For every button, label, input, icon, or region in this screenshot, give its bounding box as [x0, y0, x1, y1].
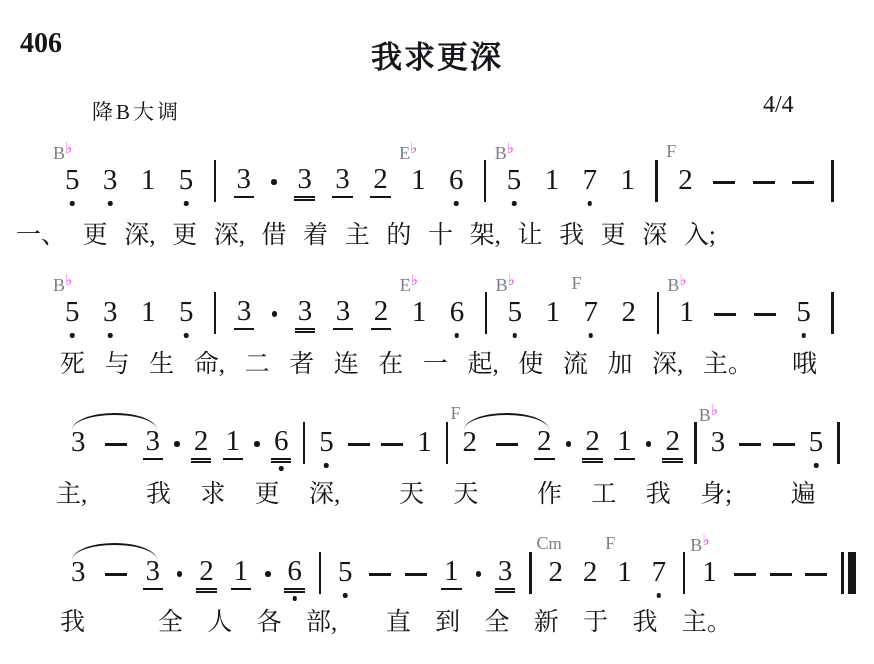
- note-digit: 7: [580, 166, 601, 197]
- lyric-syllable: 天: [453, 480, 478, 510]
- note-digit: 1: [414, 428, 435, 459]
- barline: [831, 292, 833, 334]
- note-digit: 2: [619, 298, 640, 329]
- note: 5: [176, 158, 197, 204]
- note: 3: [332, 158, 353, 204]
- note-digit: 5: [505, 298, 526, 329]
- tie-group: 33: [68, 550, 163, 596]
- low-octave-dot: [513, 333, 518, 338]
- note: 5: [793, 290, 814, 336]
- note: 2: [662, 420, 683, 466]
- chord-root: C: [537, 533, 549, 553]
- note-digit: 5: [176, 166, 197, 197]
- lyric-syllable: 让: [517, 221, 542, 251]
- note-digit: 2: [534, 427, 555, 460]
- chord-root: F: [666, 141, 676, 161]
- note-digit: 5: [806, 428, 827, 459]
- note: 3: [68, 550, 89, 596]
- note-digit: 5: [793, 298, 814, 329]
- note: 1: [223, 420, 244, 466]
- note-digit: 7: [649, 558, 670, 589]
- lyric-syllable: 一、: [16, 221, 66, 251]
- music-line-1: B♭53153332E♭16B♭5171F2: [62, 158, 834, 204]
- lyric-syllable: 我: [559, 221, 584, 251]
- lyric-syllable: 在: [378, 350, 403, 380]
- augmentation-dot: [272, 311, 278, 317]
- augmentation-dot: [177, 571, 183, 577]
- note: 3: [143, 420, 164, 466]
- lyric-line-4: 我全人各部,直到全新于我主。: [60, 608, 732, 638]
- music-line-3: 3321651F22212B♭35: [68, 420, 840, 466]
- barline: [446, 422, 448, 464]
- dash-extension: [734, 573, 756, 576]
- note: 1: [618, 158, 639, 204]
- note-digit: 1: [618, 166, 639, 197]
- lyric-syllable: 主。: [703, 350, 753, 380]
- dash-extension: [714, 313, 736, 316]
- barline: [303, 422, 305, 464]
- note-digit: 1: [543, 298, 564, 329]
- note-digit: 3: [295, 297, 316, 330]
- note: 2: [191, 420, 212, 466]
- augmentation-dot: [254, 441, 260, 447]
- chord-root: E: [400, 275, 411, 295]
- low-octave-dot: [108, 201, 113, 206]
- lyric-syllable: 十: [428, 221, 453, 251]
- note: 3: [100, 158, 121, 204]
- note: 2: [370, 158, 391, 204]
- lyric-syllable: 深,: [214, 221, 245, 251]
- note: F2: [460, 420, 481, 466]
- note-digit: 3: [143, 557, 164, 590]
- low-octave-dot: [343, 593, 348, 598]
- note: 1: [231, 550, 252, 596]
- note-digit: 5: [316, 428, 337, 459]
- note-digit: 2: [371, 297, 392, 330]
- low-octave-dot: [455, 333, 460, 338]
- low-octave-dot: [588, 201, 593, 206]
- note: 3: [234, 290, 255, 336]
- chord-label: Cm: [537, 534, 562, 552]
- lyric-syllable: 起,: [467, 350, 498, 380]
- note-digit: 2: [580, 558, 601, 589]
- augmentation-dot: [271, 179, 277, 185]
- lyric-syllable: 深,: [652, 350, 683, 380]
- chord-root: B: [496, 275, 508, 295]
- lyric-syllable: 主: [345, 221, 370, 251]
- note: 3: [294, 158, 315, 204]
- note: 6: [271, 420, 292, 466]
- lyric-syllable: 与: [105, 350, 130, 380]
- low-octave-dot: [292, 596, 297, 601]
- chord-label: B♭: [496, 274, 515, 294]
- tie-group: F22: [460, 420, 555, 466]
- lyric-syllable: 我: [632, 608, 657, 638]
- note: 3: [333, 290, 354, 336]
- chord-label: E♭: [399, 142, 417, 162]
- chord-root: B: [53, 275, 65, 295]
- note: 3: [68, 420, 89, 466]
- note-digit: 3: [333, 297, 354, 330]
- low-octave-dot: [814, 463, 819, 468]
- chord-root: B: [667, 275, 679, 295]
- lyric-syllable: 更: [601, 221, 626, 251]
- dash-extension: [770, 573, 792, 576]
- final-barline-thick: [848, 552, 856, 594]
- tie-group: 33: [68, 420, 163, 466]
- chord-label: E♭: [400, 274, 418, 294]
- note: 1: [614, 420, 635, 466]
- lyric-syllable: 一: [423, 350, 448, 380]
- barline: [655, 160, 657, 202]
- lyric-syllable: 二: [245, 350, 270, 380]
- note-digit: 2: [675, 166, 696, 197]
- note-digit: 2: [460, 428, 481, 459]
- dash-extension: [713, 181, 735, 184]
- lyric-syllable: 流: [563, 350, 588, 380]
- dash-extension: [105, 443, 127, 446]
- final-barline: [841, 552, 855, 594]
- note-digit: 1: [408, 166, 429, 197]
- dash-extension: [405, 573, 427, 576]
- note-digit: 6: [447, 298, 468, 329]
- note: B♭5: [62, 158, 83, 204]
- chord-root: B: [699, 405, 711, 425]
- chord-label: B♭: [53, 274, 72, 294]
- barline: [657, 292, 659, 334]
- low-octave-dot: [70, 333, 75, 338]
- note: 2: [580, 550, 601, 596]
- lyric-syllable: 借: [262, 221, 287, 251]
- note: B♭1: [699, 550, 720, 596]
- augmentation-dot: [476, 571, 482, 577]
- low-octave-dot: [184, 333, 189, 338]
- note: Cm2: [546, 550, 567, 596]
- dash-extension: [348, 443, 370, 446]
- lyric-syllable: 作: [537, 480, 562, 510]
- lyric-syllable: 全: [484, 608, 509, 638]
- low-octave-dot: [454, 201, 459, 206]
- lyric-syllable: 使: [518, 350, 543, 380]
- chord-label: F: [572, 274, 582, 292]
- lyric-syllable: 遍: [791, 480, 816, 510]
- note-digit: 3: [100, 166, 121, 197]
- note: B♭3: [708, 420, 729, 466]
- sheet-music-page: 406 我求更深 降B大调 4/4 B♭53153332E♭16B♭5171F2…: [0, 0, 874, 664]
- note-digit: 7: [581, 298, 602, 329]
- note: B♭5: [505, 290, 526, 336]
- note-digit: 3: [100, 298, 121, 329]
- note: 1: [543, 290, 564, 336]
- dash-extension: [792, 181, 814, 184]
- lyric-line-1: 一、更深,更深,借着主的十架,让我更深入;: [16, 221, 716, 251]
- note: 5: [335, 550, 356, 596]
- final-barline-thin: [841, 552, 843, 594]
- note: 2: [582, 420, 603, 466]
- lyric-syllable: 死: [60, 350, 85, 380]
- note-digit: 3: [68, 428, 89, 459]
- note-digit: 1: [614, 558, 635, 589]
- note: 7: [580, 158, 601, 204]
- note: 5: [316, 420, 337, 466]
- lyric-syllable: 深,: [124, 221, 155, 251]
- flat-icon: ♭: [711, 403, 718, 419]
- note-digit: 2: [370, 165, 391, 198]
- chord-root: E: [399, 143, 410, 163]
- dash-extension: [753, 181, 775, 184]
- flat-icon: ♭: [702, 533, 709, 549]
- note-digit: 3: [68, 558, 89, 589]
- flat-icon: ♭: [508, 273, 515, 289]
- note: 6: [284, 550, 305, 596]
- lyric-syllable: 架,: [470, 221, 501, 251]
- note: 2: [619, 290, 640, 336]
- dash-extension: [381, 443, 403, 446]
- note-digit: 5: [504, 166, 525, 197]
- lyric-syllable: 深,: [309, 480, 340, 510]
- note: E♭1: [408, 158, 429, 204]
- lyric-syllable: 生: [149, 350, 174, 380]
- flat-icon: ♭: [507, 141, 514, 157]
- lyric-syllable: 哦: [792, 350, 817, 380]
- augmentation-dot: [174, 441, 180, 447]
- note-digit: 2: [546, 558, 567, 589]
- barline: [214, 292, 216, 334]
- note-digit: 1: [138, 166, 159, 197]
- lyric-syllable: 更: [255, 480, 280, 510]
- note: E♭1: [409, 290, 430, 336]
- note: B♭5: [504, 158, 525, 204]
- dash-extension: [773, 443, 795, 446]
- note: 2: [196, 550, 217, 596]
- note-digit: 1: [231, 557, 252, 590]
- chord-label: F: [451, 404, 461, 422]
- chord-root: B: [690, 535, 702, 555]
- note-digit: 5: [62, 166, 83, 197]
- chord-label: B♭: [53, 142, 72, 162]
- note: 1: [138, 290, 159, 336]
- music-line-2: B♭53153332E♭16B♭51F72B♭15: [62, 290, 834, 336]
- barline: [694, 422, 696, 464]
- note: 3: [143, 550, 164, 596]
- note: 3: [100, 290, 121, 336]
- chord-root: F: [572, 273, 582, 293]
- chord-label: F: [605, 534, 615, 552]
- dash-extension: [105, 573, 127, 576]
- low-octave-dot: [279, 466, 284, 471]
- lyric-syllable: 我: [60, 608, 85, 638]
- dash-extension: [754, 313, 776, 316]
- note: 2: [371, 290, 392, 336]
- note-digit: 1: [138, 298, 159, 329]
- flat-icon: ♭: [410, 141, 417, 157]
- chord-root: F: [451, 403, 461, 423]
- note-digit: 3: [234, 165, 255, 198]
- chord-label: B♭: [690, 534, 709, 554]
- lyric-syllable: 全: [158, 608, 183, 638]
- flat-icon: ♭: [65, 141, 72, 157]
- hymn-number: 406: [20, 28, 62, 60]
- lyric-syllable: 加: [607, 350, 632, 380]
- lyric-syllable: 者: [289, 350, 314, 380]
- note-digit: 1: [699, 558, 720, 589]
- note: F1: [614, 550, 635, 596]
- lyric-syllable: 更: [172, 221, 197, 251]
- lyric-syllable: 于: [583, 608, 608, 638]
- note-digit: 6: [446, 166, 467, 197]
- low-octave-dot: [108, 333, 113, 338]
- lyric-syllable: 到: [435, 608, 460, 638]
- barline: [485, 292, 487, 334]
- barline: [484, 160, 486, 202]
- flat-icon: ♭: [679, 273, 686, 289]
- lyric-syllable: 求: [200, 480, 225, 510]
- lyric-syllable: 更: [83, 221, 108, 251]
- time-signature: 4/4: [763, 92, 794, 119]
- note-digit: 5: [335, 558, 356, 589]
- note-digit: 1: [223, 427, 244, 460]
- lyric-syllable: 天: [399, 480, 424, 510]
- lyric-line-2: 死与生命,二者连在一起,使流加深,主。哦: [60, 350, 817, 380]
- low-octave-dot: [589, 333, 594, 338]
- chord-root: B: [495, 143, 507, 163]
- chord-label: B♭: [667, 274, 686, 294]
- lyric-syllable: 我: [146, 480, 171, 510]
- note-digit: 2: [582, 427, 603, 460]
- flat-icon: ♭: [65, 273, 72, 289]
- note-digit: 3: [332, 165, 353, 198]
- lyric-syllable: 我: [646, 480, 671, 510]
- low-octave-dot: [801, 333, 806, 338]
- lyric-syllable: 着: [303, 221, 328, 251]
- lyric-line-3: 主,我求更深,天天作工我身;遍: [56, 480, 816, 510]
- note: 5: [806, 420, 827, 466]
- low-octave-dot: [324, 463, 329, 468]
- note-digit: 5: [176, 298, 197, 329]
- chord-label: F: [666, 142, 676, 160]
- note-digit: 6: [284, 557, 305, 590]
- note: B♭1: [676, 290, 697, 336]
- low-octave-dot: [184, 201, 189, 206]
- low-octave-dot: [512, 201, 517, 206]
- barline: [214, 160, 216, 202]
- note-digit: 1: [542, 166, 563, 197]
- note-digit: 3: [143, 427, 164, 460]
- note: 3: [495, 550, 516, 596]
- chord-label: B♭: [495, 142, 514, 162]
- dash-extension: [369, 573, 391, 576]
- note: 5: [176, 290, 197, 336]
- chord-root: B: [53, 143, 65, 163]
- note-digit: 2: [196, 557, 217, 590]
- note: 2: [534, 420, 555, 466]
- lyric-syllable: 部,: [306, 608, 337, 638]
- dash-extension: [496, 443, 518, 446]
- lyric-syllable: 连: [334, 350, 359, 380]
- note-digit: 2: [662, 427, 683, 460]
- note-digit: 1: [614, 427, 635, 460]
- barline: [837, 422, 839, 464]
- note-digit: 6: [271, 427, 292, 460]
- note-digit: 1: [441, 557, 462, 590]
- flat-icon: ♭: [411, 273, 418, 289]
- note: 6: [446, 158, 467, 204]
- barline: [831, 160, 833, 202]
- note-digit: 3: [495, 557, 516, 590]
- low-octave-dot: [657, 593, 662, 598]
- note: 3: [295, 290, 316, 336]
- low-octave-dot: [70, 201, 75, 206]
- augmentation-dot: [265, 571, 271, 577]
- lyric-syllable: 工: [591, 480, 616, 510]
- barline: [319, 552, 321, 594]
- note-digit: 2: [191, 427, 212, 460]
- note: 1: [414, 420, 435, 466]
- lyric-syllable: 各: [257, 608, 282, 638]
- lyric-syllable: 命,: [194, 350, 225, 380]
- dash-extension: [739, 443, 761, 446]
- note-digit: 3: [708, 428, 729, 459]
- lyric-syllable: 新: [534, 608, 559, 638]
- note: 6: [447, 290, 468, 336]
- barline: [529, 552, 531, 594]
- note-digit: 1: [409, 298, 430, 329]
- hymn-title: 我求更深: [371, 32, 503, 77]
- note-digit: 5: [62, 298, 83, 329]
- chord-label: B♭: [699, 404, 718, 424]
- note-digit: 3: [294, 165, 315, 198]
- lyric-syllable: 主,: [56, 480, 87, 510]
- dash-extension: [805, 573, 827, 576]
- augmentation-dot: [646, 441, 652, 447]
- note: 7: [649, 550, 670, 596]
- chord-suffix: m: [549, 534, 562, 553]
- lyric-syllable: 主。: [682, 608, 732, 638]
- note: B♭5: [62, 290, 83, 336]
- note-digit: 1: [676, 298, 697, 329]
- lyric-syllable: 深: [642, 221, 667, 251]
- note: F2: [675, 158, 696, 204]
- lyric-syllable: 直: [386, 608, 411, 638]
- note-digit: 3: [234, 297, 255, 330]
- lyric-syllable: 的: [386, 221, 411, 251]
- augmentation-dot: [566, 441, 572, 447]
- note: F7: [581, 290, 602, 336]
- note: 3: [234, 158, 255, 204]
- note: 1: [138, 158, 159, 204]
- note: 1: [441, 550, 462, 596]
- key-signature: 降B大调: [92, 96, 181, 126]
- lyric-syllable: 入;: [684, 221, 716, 251]
- lyric-syllable: 身;: [700, 480, 732, 510]
- chord-root: F: [605, 533, 615, 553]
- lyric-syllable: 人: [207, 608, 232, 638]
- music-line-4: 33216513Cm22F17B♭1: [68, 550, 856, 596]
- note: 1: [542, 158, 563, 204]
- barline: [683, 552, 685, 594]
